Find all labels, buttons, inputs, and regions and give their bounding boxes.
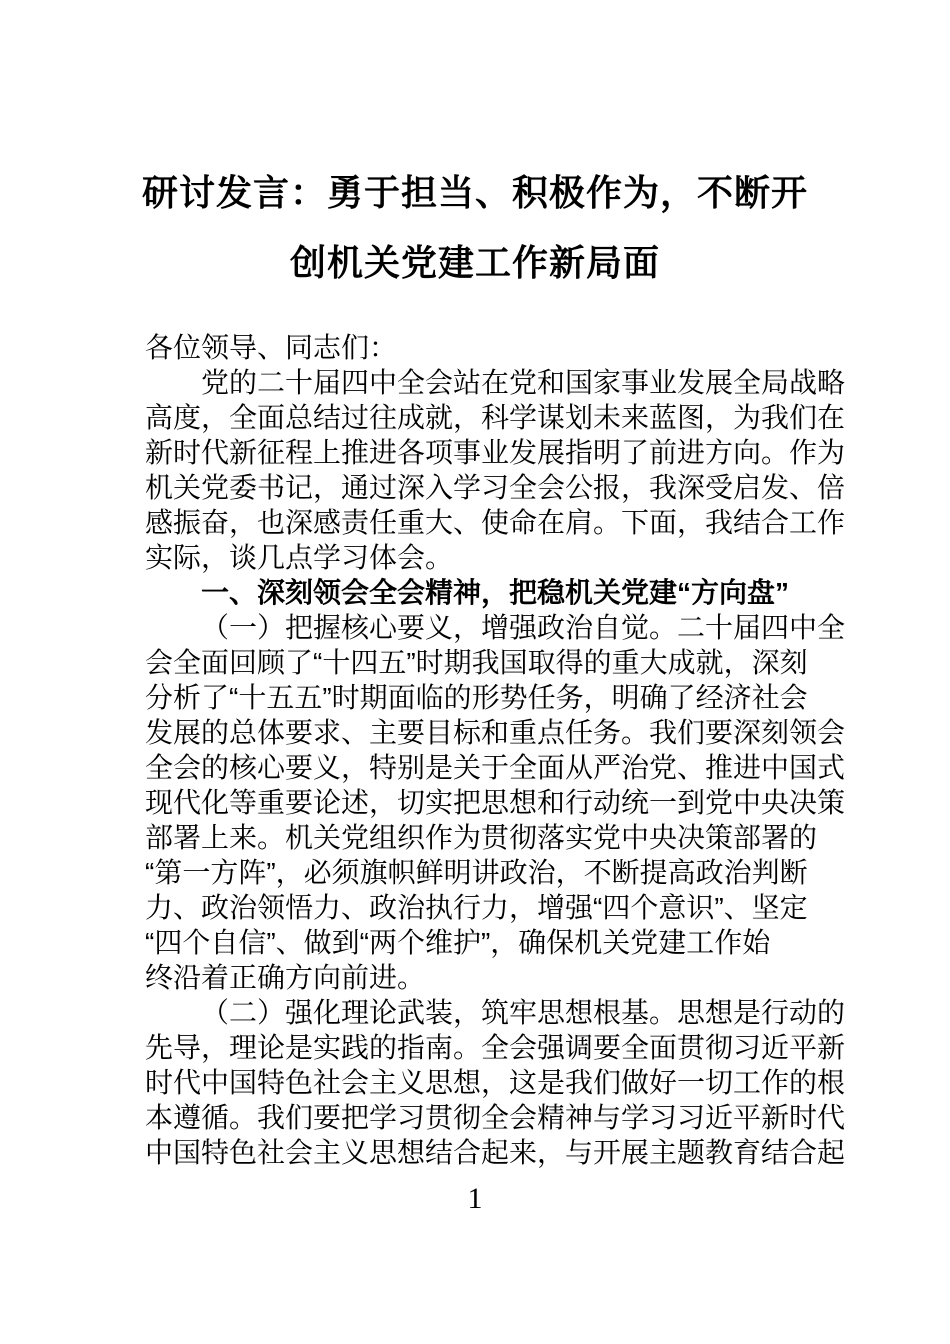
body-line-salutation: 各位领导、同志们： [145, 330, 825, 365]
body-line: 党的二十届四中全会站在党和国家事业发展全局战略 [145, 365, 825, 400]
section-heading-1: 一、深刻领会全会精神，把稳机关党建“方向盘” [145, 575, 825, 610]
document-body: 各位领导、同志们： 党的二十届四中全会站在党和国家事业发展全局战略 高度，全面总… [145, 330, 825, 1170]
body-line: （一）把握核心要义，增强政治自觉。二十届四中全 [145, 610, 825, 645]
body-line: 全会的核心要义，特别是关于全面从严治党、推进中国式 [145, 750, 825, 785]
body-line: 会全面回顾了“十四五”时期我国取得的重大成就，深刻 [145, 645, 825, 680]
body-line: “第一方阵”，必须旗帜鲜明讲政治，不断提高政治判断 [145, 855, 825, 890]
title-line-2: 创机关党建工作新局面 [0, 228, 950, 298]
body-line: 发展的总体要求、主要目标和重点任务。我们要深刻领会 [145, 715, 825, 750]
document-title: 研讨发言：勇于担当、积极作为，不断开 创机关党建工作新局面 [0, 158, 950, 298]
body-line: 时代中国特色社会主义思想，这是我们做好一切工作的根 [145, 1065, 825, 1100]
document-page: 研讨发言：勇于担当、积极作为，不断开 创机关党建工作新局面 各位领导、同志们： … [0, 0, 950, 1344]
title-line-1: 研讨发言：勇于担当、积极作为，不断开 [0, 158, 950, 228]
body-line: 中国特色社会主义思想结合起来，与开展主题教育结合起 [145, 1135, 825, 1170]
body-line: 力、政治领悟力、政治执行力，增强“四个意识”、坚定 [145, 890, 825, 925]
body-line: 机关党委书记，通过深入学习全会公报，我深受启发、倍 [145, 470, 825, 505]
body-line: 分析了“十五五”时期面临的形势任务，明确了经济社会 [145, 680, 825, 715]
body-line: “四个自信”、做到“两个维护”，确保机关党建工作始 [145, 925, 825, 960]
body-line: 感振奋，也深感责任重大、使命在肩。下面，我结合工作 [145, 505, 825, 540]
body-line: 实际，谈几点学习体会。 [145, 540, 825, 575]
body-line: 新时代新征程上推进各项事业发展指明了前进方向。作为 [145, 435, 825, 470]
body-line: 终沿着正确方向前进。 [145, 960, 825, 995]
body-line: 高度，全面总结过往成就，科学谋划未来蓝图，为我们在 [145, 400, 825, 435]
body-line: 先导，理论是实践的指南。全会强调要全面贯彻习近平新 [145, 1030, 825, 1065]
body-line: 部署上来。机关党组织作为贯彻落实党中央决策部署的 [145, 820, 825, 855]
body-line: 现代化等重要论述，切实把思想和行动统一到党中央决策 [145, 785, 825, 820]
body-line: 本遵循。我们要把学习贯彻全会精神与学习习近平新时代 [145, 1100, 825, 1135]
body-line: （二）强化理论武装，筑牢思想根基。思想是行动的 [145, 995, 825, 1030]
page-number: 1 [0, 1182, 950, 1216]
